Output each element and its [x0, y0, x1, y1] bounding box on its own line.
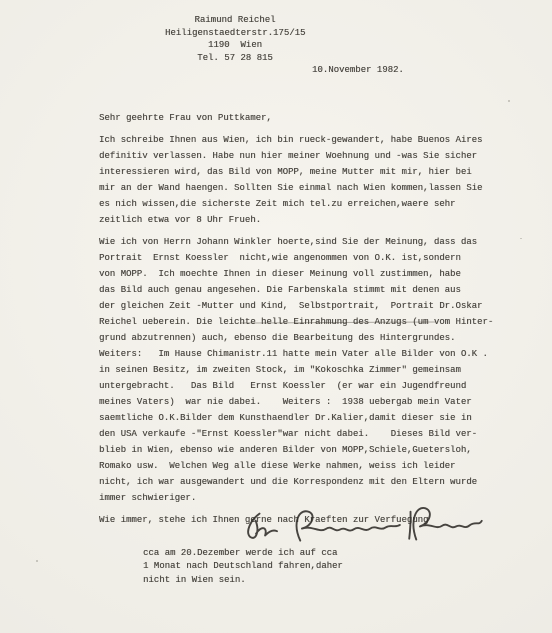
text-line: Tel. 57 28 815: [165, 52, 305, 65]
text-line: nicht in Wien sein.: [143, 574, 343, 587]
text-line: von MOPP. Ich moechte Ihnen in dieser Me…: [99, 266, 519, 282]
scan-speck: [520, 238, 522, 239]
text-line: in seinen Besitz, im zweiten Stock, im "…: [99, 362, 519, 378]
text-line: Heiligenstaedterstr.175/15: [165, 27, 305, 40]
text-line: zeitlich etwa vor 8 Uhr Frueh.: [99, 212, 519, 228]
postscript-block: cca am 20.Dezember werde ich auf cca1 Mo…: [143, 547, 343, 587]
text-line: mir an der Wand haengen. Sollten Sie ein…: [99, 180, 519, 196]
text-line: Wie ich von Herrn Johann Winkler hoerte,…: [99, 234, 519, 250]
letter-page: Raimund ReichelHeiligenstaedterstr.175/1…: [0, 0, 552, 633]
text-line: Weiters: Im Hause Chimanistr.11 hatte me…: [99, 346, 519, 362]
salutation: Sehr geehrte Frau von Puttkamer,: [99, 110, 519, 126]
letter-body: Sehr geehrte Frau von Puttkamer, Ich sch…: [99, 110, 519, 528]
scan-speck: [36, 560, 38, 562]
text-line: definitiv verlassen. Habe nun hier meine…: [99, 148, 519, 164]
text-line: es nich wissen,die sicherste Zeit mich t…: [99, 196, 519, 212]
text-line: saemtliche O.K.Bilder dem Kunsthaendler …: [99, 410, 519, 426]
paragraph-1: Ich schreibe Ihnen aus Wien, ich bin rue…: [99, 132, 519, 228]
paragraph-2: Wie ich von Herrn Johann Winkler hoerte,…: [99, 234, 519, 506]
text-line: Raimund Reichel: [165, 14, 305, 27]
text-line: 1 Monat nach Deutschland fahren,daher: [143, 560, 343, 573]
text-line: den USA verkaufe -"Ernst Koessler"war ni…: [99, 426, 519, 442]
date-line: 10.November 1982.: [312, 65, 404, 75]
text-line: Romako usw. Welchen Weg alle diese Werke…: [99, 458, 519, 474]
text-line: das Bild auch genau angesehen. Die Farbe…: [99, 282, 519, 298]
text-line: blieb in Wien, ebenso wie anderen Bilder…: [99, 442, 519, 458]
text-line: meines Vaters) war nie dabei. Weiters : …: [99, 394, 519, 410]
text-line: 1190 Wien: [165, 39, 305, 52]
scan-speck: [508, 100, 510, 102]
text-line: Ich schreibe Ihnen aus Wien, ich bin rue…: [99, 132, 519, 148]
text-line: der gleichen Zeit -Mutter und Kind, Selb…: [99, 298, 519, 314]
text-line: grund abzutrennen) auch, ebenso die Bear…: [99, 330, 519, 346]
sender-address-block: Raimund ReichelHeiligenstaedterstr.175/1…: [165, 14, 305, 64]
text-line: interessieren wird, das Bild von MOPP, m…: [99, 164, 519, 180]
text-line: cca am 20.Dezember werde ich auf cca: [143, 547, 343, 560]
text-line: Portrait Ernst Koessler nicht,wie angeno…: [99, 250, 519, 266]
text-line: nicht, ich war ausgewandert und die Korr…: [99, 474, 519, 490]
text-line: untergebracht. Das Bild Ernst Koessler (…: [99, 378, 519, 394]
